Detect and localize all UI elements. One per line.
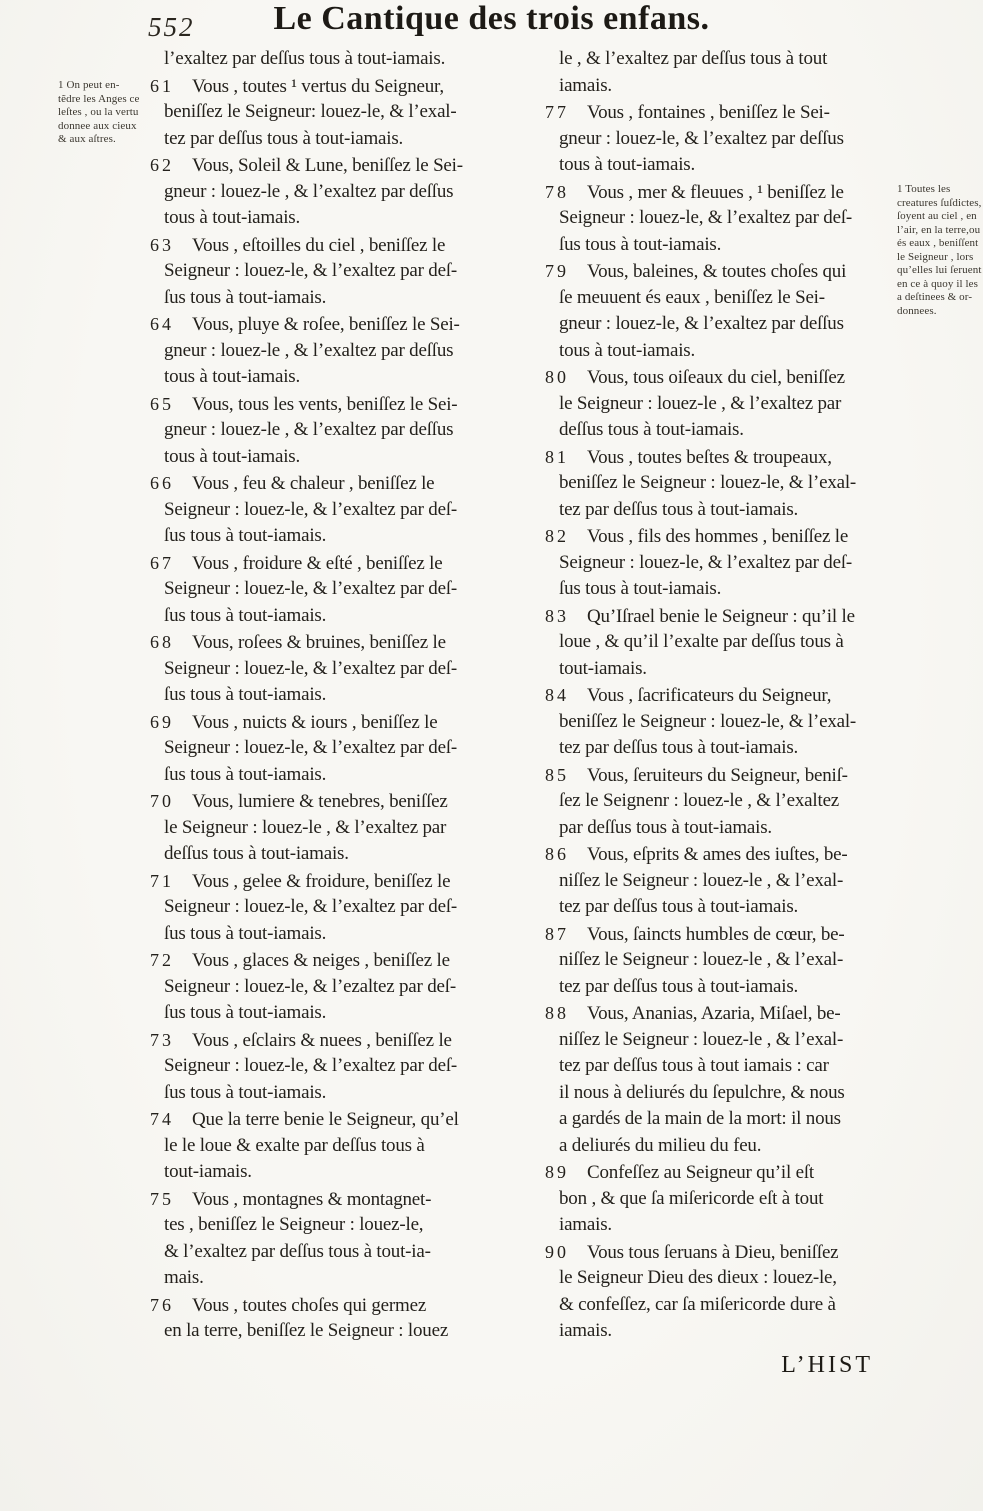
verse-line: 85Vous, ſeruiteurs du Seigneur, beniſ- [545, 762, 921, 789]
verse-number: 83 [545, 603, 587, 630]
text-line: gneur : louez-le, & l’exaltez par deſſus [545, 311, 921, 338]
text-line: & confeſſez, car ſa miſericorde dure à [545, 1292, 921, 1319]
text-line: le Seigneur : louez-le , & l’exaltez par [545, 391, 921, 418]
verse-number: 72 [150, 947, 192, 974]
verse-number: 73 [150, 1027, 192, 1054]
verse-number: 79 [545, 258, 587, 285]
verse-line: 65Vous, tous les vents, beniſſez le Sei- [150, 391, 536, 418]
text-line: ſus tous à tout-iamais. [150, 1000, 536, 1027]
text-line: tez par deſſus tous à tout-iamais. [150, 126, 536, 153]
verse-line: 66Vous , feu & chaleur , beniſſez le [150, 470, 536, 497]
text-line: tez par deſſus tous à tout-iamais. [545, 735, 921, 762]
verse-line: 78Vous , mer & fleuues , ¹ beniſſez le [545, 179, 921, 206]
verse-number: 81 [545, 444, 587, 471]
verse-line: 68Vous, roſees & bruines, beniſſez le [150, 629, 536, 656]
text-line: a deliurés du milieu du feu. [545, 1133, 921, 1160]
text-line: ſus tous à tout-iamais. [545, 576, 921, 603]
verse-number: 68 [150, 629, 192, 656]
verse-number: 65 [150, 391, 192, 418]
verse-number: 75 [150, 1186, 192, 1213]
verse-line: 88Vous, Ananias, Azaria, Miſael, be- [545, 1000, 921, 1027]
margin-note-line: a deſtinees & or- [897, 291, 983, 305]
margin-note-right: 1 Toutes lescreatures ſuſdictes,ſoyent a… [897, 183, 983, 318]
verse-number: 76 [150, 1292, 192, 1319]
verse-line: 75Vous , montagnes & montagnet- [150, 1186, 536, 1213]
verse-number: 67 [150, 550, 192, 577]
text-line: le Seigneur Dieu des dieux : louez-le, [545, 1265, 921, 1292]
text-line: ſus tous à tout-iamais. [150, 682, 536, 709]
text-line: tez par deſſus tous à tout iamais : car [545, 1053, 921, 1080]
verse-number: 85 [545, 762, 587, 789]
text-line: ſus tous à tout-iamais. [545, 232, 921, 259]
text-line: ſus tous à tout-iamais. [150, 921, 536, 948]
text-line: deſſus tous à tout-iamais. [545, 417, 921, 444]
verse-number: 69 [150, 709, 192, 736]
text-line: niſſez le Seigneur : louez-le , & l’exal… [545, 1027, 921, 1054]
text-line: Seigneur : louez-le, & l’exaltez par deſ… [150, 656, 536, 683]
text-line: & l’exaltez par deſſus tous à tout-ia- [150, 1239, 536, 1266]
text-line: iamais. [545, 73, 921, 100]
text-line: gneur : louez-le , & l’exaltez par deſſu… [150, 417, 536, 444]
text-line: tes , beniſſez le Seigneur : louez-le, [150, 1212, 536, 1239]
verse-number: 84 [545, 682, 587, 709]
text-line: beniſſez le Seigneur: louez-le, & l’exal… [150, 99, 536, 126]
text-line: par deſſus tous à tout-iamais. [545, 815, 921, 842]
text-line: tous à tout-iamais. [150, 444, 536, 471]
text-line: deſſus tous à tout-iamais. [150, 841, 536, 868]
text-line: le , & l’exaltez par deſſus tous à tout [545, 46, 921, 73]
margin-note-line: donnee aux cieux [58, 120, 138, 134]
book-page: 552 Le Cantique des trois enfans. 1 On p… [0, 0, 983, 1511]
verse-number: 70 [150, 788, 192, 815]
verse-line: 86Vous, eſprits & ames des iuſtes, be- [545, 841, 921, 868]
text-line: tez par deſſus tous à tout-iamais. [545, 974, 921, 1001]
verse-line: 90Vous tous ſeruans à Dieu, beniſſez [545, 1239, 921, 1266]
margin-note-line: en ce à quoy il les [897, 278, 983, 292]
text-line: iamais. [545, 1212, 921, 1239]
verse-number: 63 [150, 232, 192, 259]
text-line: Seigneur : louez-le, & l’exaltez par deſ… [150, 1053, 536, 1080]
verse-number: 78 [545, 179, 587, 206]
text-line: Seigneur : louez-le, & l’ezaltez par deſ… [150, 974, 536, 1001]
margin-note-line: le Seigneur , lors [897, 251, 983, 265]
text-line: loue , & qu’il l’exalte par deſſus tous … [545, 629, 921, 656]
verse-number: 89 [545, 1159, 587, 1186]
verse-line: 64Vous, pluye & roſee, beniſſez le Sei- [150, 311, 536, 338]
verse-number: 62 [150, 152, 192, 179]
text-line: bon , & que ſa miſericorde eſt à tout [545, 1186, 921, 1213]
verse-line: 70Vous, lumiere & tenebres, beniſſez [150, 788, 536, 815]
verse-line: 74Que la terre benie le Seigneur, qu’el [150, 1106, 536, 1133]
verse-line: 69Vous , nuicts & iours , beniſſez le [150, 709, 536, 736]
text-line: il nous à deliurés du ſepulchre, & nous [545, 1080, 921, 1107]
text-line: ſus tous à tout-iamais. [150, 762, 536, 789]
text-line: tez par deſſus tous à tout-iamais. [545, 497, 921, 524]
verse-line: 89Confeſſez au Seigneur qu’il eſt [545, 1159, 921, 1186]
text-line: gneur : louez-le , & l’exaltez par deſſu… [150, 338, 536, 365]
text-line: Seigneur : louez-le, & l’exaltez par deſ… [150, 258, 536, 285]
margin-note-line: creatures ſuſdictes, [897, 197, 983, 211]
text-line: Seigneur : louez-le, & l’exaltez par deſ… [150, 497, 536, 524]
text-line: ſe meuuent és eaux , beniſſez le Sei- [545, 285, 921, 312]
verse-number: 90 [545, 1239, 587, 1266]
margin-note-line: 1 Toutes les [897, 183, 983, 197]
margin-note-line: tẽdre les Anges ce [58, 93, 138, 107]
text-line: ſez le Seignenr : louez-le , & l’exaltez [545, 788, 921, 815]
verse-number: 74 [150, 1106, 192, 1133]
verse-line: 61Vous , toutes ¹ vertus du Seigneur, [150, 73, 536, 100]
verse-number: 87 [545, 921, 587, 948]
text-line: ſus tous à tout-iamais. [150, 285, 536, 312]
text-line: Seigneur : louez-le, & l’exaltez par deſ… [150, 576, 536, 603]
verse-line: 77Vous , fontaines , beniſſez le Sei- [545, 99, 921, 126]
text-line: mais. [150, 1265, 536, 1292]
verse-line: 62Vous, Soleil & Lune, beniſſez le Sei- [150, 152, 536, 179]
text-line: tous à tout-iamais. [150, 205, 536, 232]
text-line: l’exaltez par deſſus tous à tout-iamais. [150, 46, 536, 73]
text-line: tout-iamais. [150, 1159, 536, 1186]
margin-note-line: & aux aſtres. [58, 133, 138, 147]
margin-note-line: donnees. [897, 305, 983, 319]
text-line: en la terre, beniſſez le Seigneur : loue… [150, 1318, 536, 1345]
text-line: ſus tous à tout-iamais. [150, 1080, 536, 1107]
text-line: gneur : louez-le, & l’exaltez par deſſus [545, 126, 921, 153]
text-line: niſſez le Seigneur : louez-le , & l’exal… [545, 947, 921, 974]
text-line: Seigneur : louez-le, & l’exaltez par deſ… [545, 550, 921, 577]
verse-line: 81Vous , toutes beſtes & troupeaux, [545, 444, 921, 471]
margin-note-left: 1 On peut en-tẽdre les Anges celeſtes , … [58, 79, 138, 147]
text-line: a gardés de la main de la mort: il nous [545, 1106, 921, 1133]
text-line: tous à tout-iamais. [150, 364, 536, 391]
verse-line: 79Vous, baleines, & toutes choſes qui [545, 258, 921, 285]
verse-number: 82 [545, 523, 587, 550]
text-column-left: l’exaltez par deſſus tous à tout-iamais.… [150, 46, 536, 1345]
text-column-right: le , & l’exaltez par deſſus tous à touti… [545, 46, 921, 1378]
text-line: tous à tout-iamais. [545, 338, 921, 365]
margin-note-line: ſoyent au ciel , en [897, 210, 983, 224]
margin-note-line: leſtes , ou la vertu [58, 106, 138, 120]
margin-note-line: 1 On peut en- [58, 79, 138, 93]
verse-number: 64 [150, 311, 192, 338]
text-line: beniſſez le Seigneur : louez-le, & l’exa… [545, 470, 921, 497]
margin-note-line: qu’elles lui ſeruent [897, 264, 983, 278]
verse-line: 73Vous , eſclairs & nuees , beniſſez le [150, 1027, 536, 1054]
verse-line: 72Vous , glaces & neiges , beniſſez le [150, 947, 536, 974]
text-line: Seigneur : louez-le, & l’exaltez par deſ… [545, 205, 921, 232]
text-line: ſus tous à tout-iamais. [150, 603, 536, 630]
verse-line: 67Vous , froidure & eſté , beniſſez le [150, 550, 536, 577]
verse-line: 82Vous , fils des hommes , beniſſez le [545, 523, 921, 550]
verse-line: 63Vous , eſtoilles du ciel , beniſſez le [150, 232, 536, 259]
margin-note-line: l’air, en la terre,ou [897, 224, 983, 238]
verse-line: 76Vous , toutes choſes qui germez [150, 1292, 536, 1319]
text-line: iamais. [545, 1318, 921, 1345]
verse-number: 66 [150, 470, 192, 497]
catchword: L’HIST [545, 1352, 921, 1379]
verse-line: 84Vous , ſacrificateurs du Seigneur, [545, 682, 921, 709]
verse-line: 87Vous, ſaincts humbles de cœur, be- [545, 921, 921, 948]
text-line: ſus tous à tout-iamais. [150, 523, 536, 550]
margin-note-line: és eaux , beniſſent [897, 237, 983, 251]
verse-number: 71 [150, 868, 192, 895]
text-line: tez par deſſus tous à tout-iamais. [545, 894, 921, 921]
text-line: beniſſez le Seigneur : louez-le, & l’exa… [545, 709, 921, 736]
verse-line: 80Vous, tous oiſeaux du ciel, beniſſez [545, 364, 921, 391]
verse-number: 61 [150, 73, 192, 100]
text-line: Seigneur : louez-le, & l’exaltez par deſ… [150, 894, 536, 921]
verse-number: 80 [545, 364, 587, 391]
text-line: le Seigneur : louez-le , & l’exaltez par [150, 815, 536, 842]
verse-number: 77 [545, 99, 587, 126]
page-title: Le Cantique des trois enfans. [0, 0, 983, 38]
verse-number: 88 [545, 1000, 587, 1027]
text-line: tout-iamais. [545, 656, 921, 683]
verse-line: 83Qu’Iſrael benie le Seigneur : qu’il le [545, 603, 921, 630]
text-line: le le loue & exalte par deſſus tous à [150, 1133, 536, 1160]
text-line: gneur : louez-le , & l’exaltez par deſſu… [150, 179, 536, 206]
verse-number: 86 [545, 841, 587, 868]
text-line: Seigneur : louez-le, & l’exaltez par deſ… [150, 735, 536, 762]
text-line: tous à tout-iamais. [545, 152, 921, 179]
verse-line: 71Vous , gelee & froidure, beniſſez le [150, 868, 536, 895]
text-line: niſſez le Seigneur : louez-le , & l’exal… [545, 868, 921, 895]
